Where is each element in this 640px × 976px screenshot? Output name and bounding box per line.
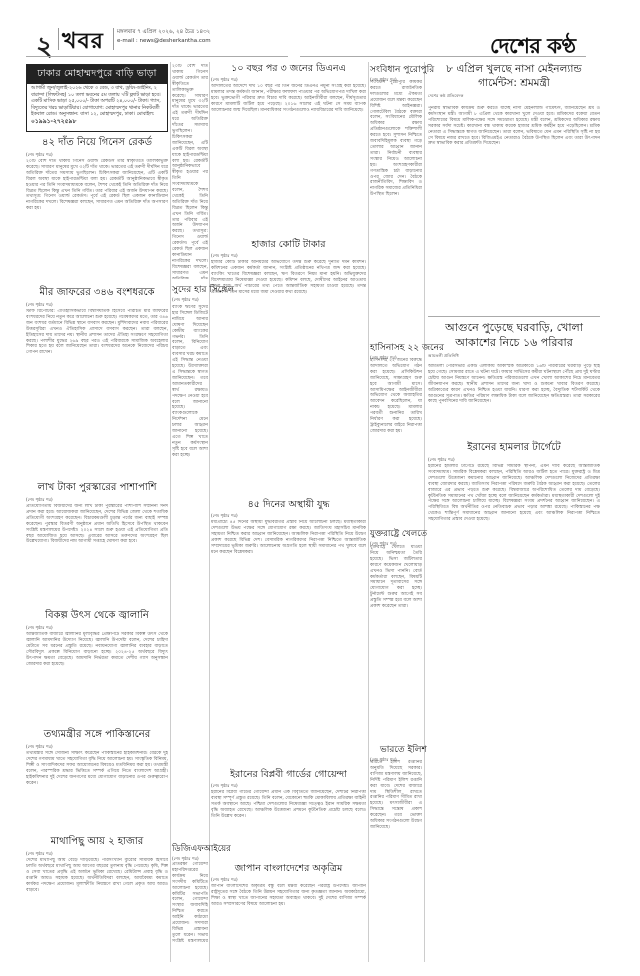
newspaper-logo: দেশের কণ্ঠ [490, 30, 576, 65]
article-dna: ১০ বছর পর ৩ জনের ডিএনএ (শেষ পৃষ্ঠার পর) … [211, 62, 366, 244]
continued-kicker: (শেষ পৃষ্ঠার পর) [26, 152, 168, 159]
header-rule [300, 56, 586, 57]
article-body: মধ্যপ্রাচ্যে ৪৫ দিনের অস্থায়ী যুদ্ধবিরত… [211, 520, 366, 776]
headline: যুক্তরাষ্ট্রে খেলতে [370, 527, 426, 541]
article-body: আদালতের আদেশে দীর্ঘ ১০ বছর পর তিন জনের ড… [211, 84, 366, 244]
headline: লাখ টাকা পুরস্কারের পাশাপাশি [26, 480, 168, 497]
continued-kicker: (শেষ পৃষ্ঠার পর) [211, 253, 366, 260]
continued-kicker: (শেষ পৃষ্ঠার পর) [26, 744, 168, 751]
ad-text: আগামী জুন/জুলাই-২০২৬ থেকে ৩ বেড, ৩ বাথ, … [31, 86, 161, 117]
headline: বিকল্প উৎস থেকে জ্বালানি [26, 608, 168, 625]
article-per-capita: মাথাপিছু আয় ২ হাজার (শেষ পৃষ্ঠার পর) দে… [26, 834, 168, 953]
headline: ইরানের হামলার টার্গেটে [428, 440, 600, 457]
article-japan: জাপান বাংলাদেশের অকৃত্রিম (শেষ পৃষ্ঠার প… [211, 862, 366, 946]
classified-ad: ঢাকার মোহাম্মদপুরে বাড়ি ভাড়া আগামী জুন… [26, 64, 168, 132]
continued-kicker: (শেষ পৃষ্ঠার পর) [26, 625, 168, 632]
headline: ৮ এপ্রিল খুলছে নাসা মেইনল্যান্ড গার্মেন্… [428, 62, 600, 90]
continued-kicker: (শেষ পৃষ্ঠার পর) [428, 457, 600, 464]
headline: হাজার কোটি টাকার [211, 238, 366, 253]
headline: তথ্যমন্ত্রীর সঙ্গে পাকিস্তানের [26, 727, 168, 744]
continued-kicker: (শেষ পৃষ্ঠার পর) [26, 497, 168, 504]
article-iran-guard: ইরানের বিপ্লবী গার্ডের গোয়েন্দা (শেষ পৃ… [211, 768, 366, 870]
article-body: জাপান বাংলাদেশের অকৃত্রিম বন্ধু বলে মন্ত… [211, 884, 366, 946]
continued-kicker: (শেষ পৃষ্ঠার পর) [26, 302, 168, 309]
article-lakh-taka: লাখ টাকা পুরস্কারের পাশাপাশি (শেষ পৃষ্ঠা… [26, 480, 168, 604]
article-body: ইরানের হামলার টার্গেটে রয়েছে বিভিন্ন সা… [428, 464, 600, 959]
article-body: ভারতে ইলিশ রপ্তানির অনুমতি দিয়েছে সরকার… [370, 760, 422, 940]
masthead-divider [113, 28, 114, 50]
headline: ১০ বছর পর ৩ জনের ডিএনএ [211, 62, 366, 77]
article-iran-attack: ইরানের হামলার টার্গেটে (শেষ পৃষ্ঠার পর) … [428, 440, 600, 959]
article-body: পুনরায় স্বাভাবিক কার্যক্রম শুরু করতে যা… [428, 106, 600, 306]
column-divider [209, 62, 210, 962]
headline: ৪৫ দিনের অস্থায়ী যুদ্ধ [211, 498, 366, 513]
article-body: তথ্যমন্ত্রীর সঙ্গে সৌজন্য সাক্ষাৎ করেছেন… [26, 751, 168, 833]
byline: দেশের কণ্ঠ প্রতিবেদক [428, 93, 600, 100]
headline: হাসিনাসহ ২২ জনের [370, 340, 430, 355]
date-line: মঙ্গলবার ৭ এপ্রিল ২০২৬, ২৪ চৈত্র ১৪৩২ [117, 28, 211, 37]
continued-kicker: (শেষ পৃষ্ঠার পর) [211, 513, 366, 520]
article-nasa: ৮ এপ্রিল খুলছে নাসা মেইনল্যান্ড গার্মেন্… [428, 62, 600, 306]
article-body: স্টাফ রিপোর্টার: ঐতিহাসিকভাবে বিশ্বাসঘাত… [26, 309, 168, 469]
masthead-divider [58, 28, 59, 50]
article-guinness: ৪২ দাঁত নিয়ে গিনেস রেকর্ড (শেষ পৃষ্ঠার … [26, 135, 168, 287]
column-divider [170, 62, 171, 962]
continued-kicker: (শেষ পৃষ্ঠার পর) [211, 877, 366, 884]
article-hajar-koti: হাজার কোটি টাকার (শেষ পৃষ্ঠার পর) হাজার … [211, 238, 366, 500]
headline: মীর জাফরের ৩৪৬ বংশধরকে [26, 285, 168, 302]
article-body: প্রতিরক্ষা গোয়েন্দা মহাপরিদপ্তরের কার্য… [172, 862, 208, 942]
ad-body: আগামী জুন/জুলাই-২০২৬ থেকে ৩ বেড, ৩ বাথ, … [27, 84, 167, 129]
masthead-meta: মঙ্গলবার ৭ এপ্রিল ২০২৬, ২৪ চৈত্র ১৪৩২ e-… [117, 28, 211, 46]
email-line: e-mail : news@desherkantha.com [117, 37, 211, 46]
article-war-45: ৪৫ দিনের অস্থায়ী যুদ্ধ (শেষ পৃষ্ঠার পর)… [211, 498, 366, 776]
article-body-continuation: ২০টি বেশি দাঁত থাকায় গিনেস ওয়ার্ল্ড রে… [172, 64, 208, 279]
section-rule [428, 316, 600, 317]
article-body: হাসিনাসহ ২২ জনের বিরুদ্ধে আদালতে অভিযোগ … [370, 358, 422, 523]
headline: জাপান বাংলাদেশের অকৃত্রিম [211, 862, 366, 877]
ad-title: ঢাকার মোহাম্মদপুরে বাড়ি ভাড়া [27, 65, 167, 84]
header-rule [26, 56, 288, 57]
continued-kicker: (শেষ পৃষ্ঠার পর) [26, 851, 168, 858]
headline: মাথাপিছু আয় ২ হাজার [26, 834, 168, 851]
headline: ৪২ দাঁত নিয়ে গিনেস রেকর্ড [26, 135, 168, 152]
headline: আগুনে পুড়েছে ঘরবাড়ি, খোলা আকাশের নিচে … [428, 320, 600, 350]
article-body: ইরানের বিপ্লবী গার্ডের গোয়েন্দা প্রধান … [211, 790, 366, 870]
headline: ভারতে ইলিশ [370, 742, 422, 757]
article-body: দেশের মাথাপিছু আয় বেড়ে দাঁড়িয়েছে। পর… [26, 858, 168, 953]
article-body: হাজার কোটি টাকার অনিয়মের অভিযোগে তদন্ত … [211, 260, 366, 500]
article-alt-fuel: বিকল্প উৎস থেকে জ্বালানি (শেষ পৃষ্ঠার পর… [26, 608, 168, 714]
article-body: প্রতিযোগিতায় বিজয়ীদের জন্য লাখ টাকা পু… [26, 504, 168, 604]
article-body: ২০টি বেশি দাঁত থাকায় গিনেস ওয়ার্ল্ড রে… [26, 159, 168, 287]
article-mir-jafar: মীর জাফরের ৩৪৬ বংশধরকে (শেষ পৃষ্ঠার পর) … [26, 285, 168, 469]
column-divider [424, 62, 425, 962]
article-body: সংবিধান পুরোপুরি কার্যকর করতে রাজনৈতিক দ… [370, 80, 422, 335]
ad-phone: ০১৯৯১-২৭২৫৯৮ [31, 118, 76, 125]
article-info-minister: তথ্যমন্ত্রীর সঙ্গে পাকিস্তানের (শেষ পৃষ্… [26, 727, 168, 833]
article-body: ব্যাংক ঋণের সুদের হার সিঙ্গেল ডিজিটে নাম… [172, 305, 208, 840]
headline: ইরানের বিপ্লবী গার্ডের গোয়েন্দা [211, 768, 366, 783]
article-fire: আগুনে পুড়েছে ঘরবাড়ি, খোলা আকাশের নিচে … [428, 320, 600, 454]
continued-kicker: (শেষ পৃষ্ঠার পর) [211, 77, 366, 84]
article-body: আন্তর্জাতিক বাজারে জ্বালানির মূল্যবৃদ্ধি… [26, 632, 168, 714]
continued-kicker: (শেষ পৃষ্ঠার পর) [211, 783, 366, 790]
column-divider [368, 62, 369, 962]
byline: আমতলী প্রতিনিধি [428, 353, 600, 360]
article-body: যুক্তরাষ্ট্রে খেলতে যাওয়া নিয়ে অনিশ্চয… [370, 545, 422, 740]
